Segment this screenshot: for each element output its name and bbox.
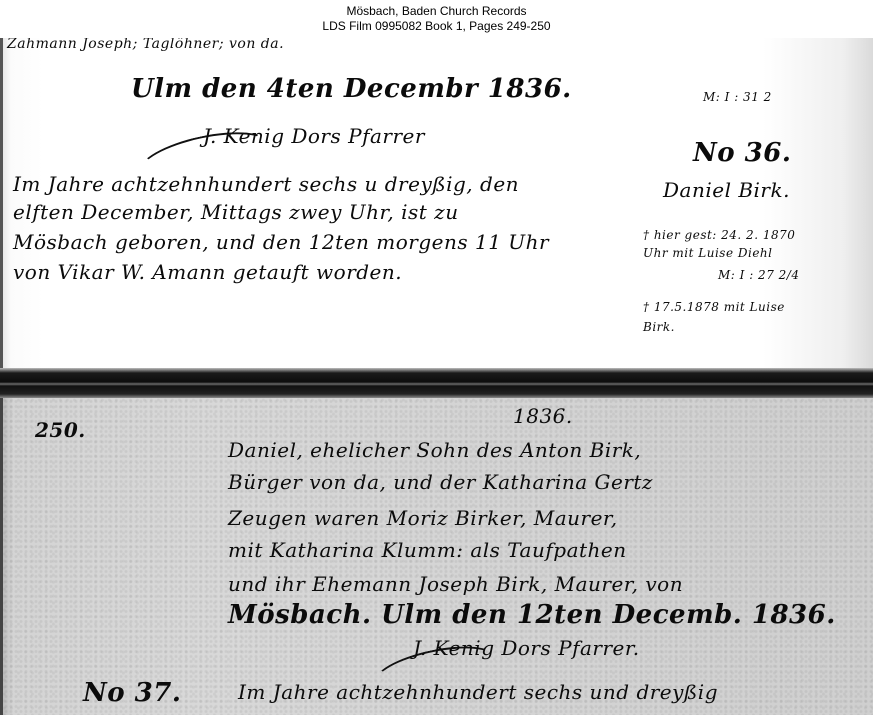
caption-title: Mösbach, Baden Church Records: [0, 4, 873, 19]
pastor-signature: J. Kenig Dors Pfarrer: [203, 124, 425, 148]
record-line: und ihr Ehemann Joseph Birk, Maurer, von: [228, 572, 683, 596]
record-line: Zahmann Joseph; Taglöhner; von da.: [7, 38, 284, 52]
margin-reference: M: I : 27 2/4: [718, 268, 799, 282]
child-name: Daniel Birk.: [663, 178, 790, 202]
page-number: 250.: [35, 418, 86, 442]
record-date-line: Mösbach. Ulm den 12ten Decemb. 1836.: [228, 600, 836, 630]
page-250: 250. 1836. Daniel, ehelicher Sohn des An…: [0, 398, 873, 715]
entry-number: No 36.: [693, 138, 791, 168]
margin-note: Uhr mit Luise Diehl: [643, 246, 772, 260]
record-line: von Vikar W. Amann getauft worden.: [13, 260, 402, 284]
record-line: Daniel, ehelicher Sohn des Anton Birk,: [228, 438, 641, 462]
record-line: Mösbach geboren, und den 12ten morgens 1…: [13, 230, 549, 254]
record-line: Im Jahre achtzehnhundert sechs u dreyßig…: [13, 172, 519, 196]
record-line: mit Katharina Klumm: als Taufpathen: [228, 538, 627, 562]
margin-note: † 17.5.1878 mit Luise: [643, 300, 785, 314]
margin-reference: M: I : 31 2: [703, 90, 772, 104]
caption-subtitle: LDS Film 0995082 Book 1, Pages 249-250: [0, 19, 873, 34]
margin-note: Birk.: [643, 320, 675, 334]
record-line: elften December, Mittags zwey Uhr, ist z…: [13, 200, 459, 224]
pastor-signature: J. Kenig Dors Pfarrer.: [413, 636, 640, 660]
book-binding-divider: [0, 368, 873, 398]
entry-number: No 37.: [83, 678, 181, 708]
record-line: Zeugen waren Moriz Birker, Maurer,: [228, 506, 618, 530]
record-line: Im Jahre achtzehnhundert sechs und dreyß…: [238, 680, 718, 704]
page-249: Zahmann Joseph; Taglöhner; von da. Ulm d…: [0, 38, 873, 373]
margin-note: † hier gest: 24. 2. 1870: [643, 228, 795, 242]
year-heading: 1836.: [513, 404, 573, 428]
scanned-register: Zahmann Joseph; Taglöhner; von da. Ulm d…: [0, 38, 873, 715]
record-line: Bürger von da, und der Katharina Gertz: [228, 470, 653, 494]
record-date-line: Ulm den 4ten Decembr 1836.: [131, 74, 572, 104]
document-caption: Mösbach, Baden Church Records LDS Film 0…: [0, 0, 873, 38]
